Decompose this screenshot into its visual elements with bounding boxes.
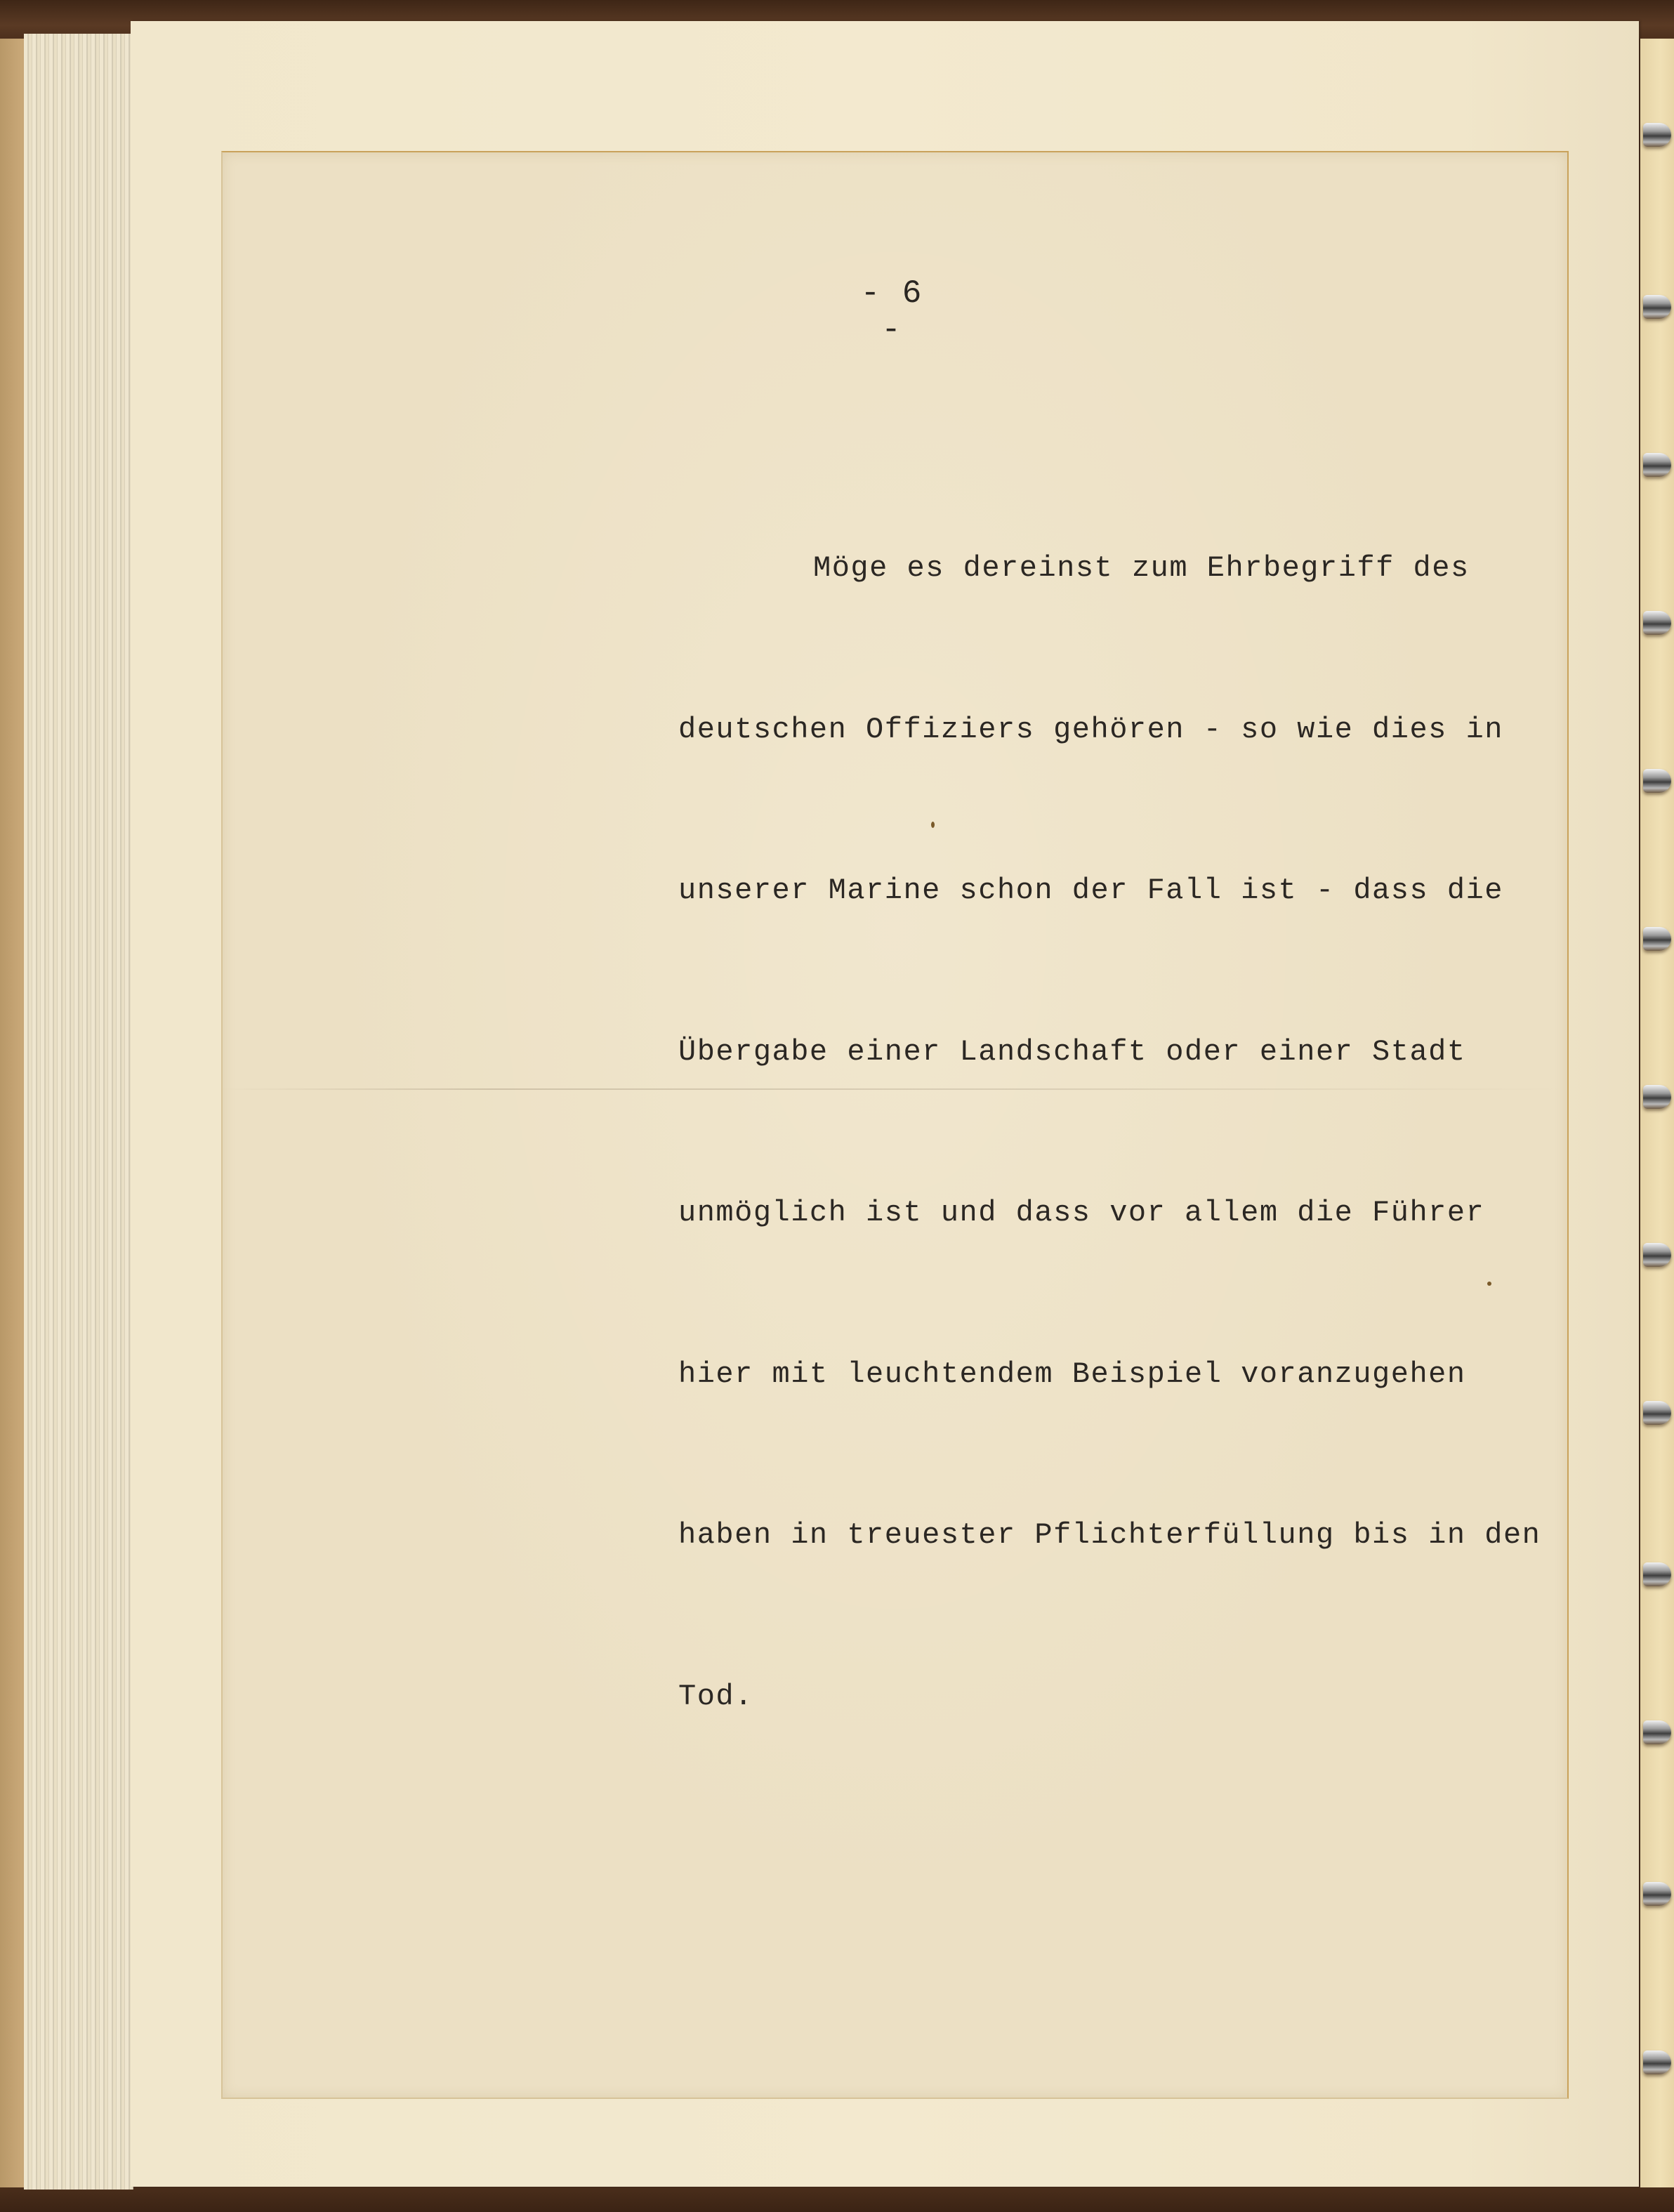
binder-ring-icon — [1643, 927, 1671, 951]
paragraph-line: Übergabe einer Landschaft oder einer Sta… — [678, 1025, 1486, 1079]
leather-cover-bottom — [0, 2187, 1674, 2212]
paragraph-line: hier mit leuchtendem Beispiel voranzugeh… — [678, 1348, 1486, 1402]
binder-ring-icon — [1643, 123, 1671, 147]
paper-speck — [1487, 1282, 1491, 1286]
binder-ring-icon — [1643, 1243, 1671, 1267]
paragraph-line: unmöglich ist und dass vor allem die Füh… — [678, 1186, 1486, 1240]
binder-ring-icon — [1643, 769, 1671, 793]
binder-ring-icon — [1643, 611, 1671, 635]
binder-ring-icon — [1643, 1401, 1671, 1425]
binder-ring-icon — [1643, 1882, 1671, 1906]
binder-ring-icon — [1643, 1720, 1671, 1744]
page-number: - 6 - — [843, 275, 941, 348]
body-paragraph: Möge es dereinst zum Ehrbegriff des deut… — [678, 434, 1486, 1777]
paragraph-line: Möge es dereinst zum Ehrbegriff des — [678, 541, 1486, 595]
paragraph-line: unserer Marine schon der Fall ist - dass… — [678, 864, 1486, 918]
paragraph-line: Tod. — [678, 1670, 1486, 1724]
binder-ring-icon — [1643, 1562, 1671, 1586]
paragraph-line: haben in treuester Pflichterfüllung bis … — [678, 1508, 1486, 1562]
binding-strip — [1640, 39, 1674, 2187]
binder-ring-icon — [1643, 2050, 1671, 2074]
binder-ring-icon — [1643, 1085, 1671, 1109]
paragraph-line: deutschen Offiziers gehören - so wie die… — [678, 703, 1486, 757]
binder-ring-icon — [1643, 453, 1671, 477]
page-stack-edges — [24, 34, 133, 2190]
binder-ring-icon — [1643, 295, 1671, 319]
